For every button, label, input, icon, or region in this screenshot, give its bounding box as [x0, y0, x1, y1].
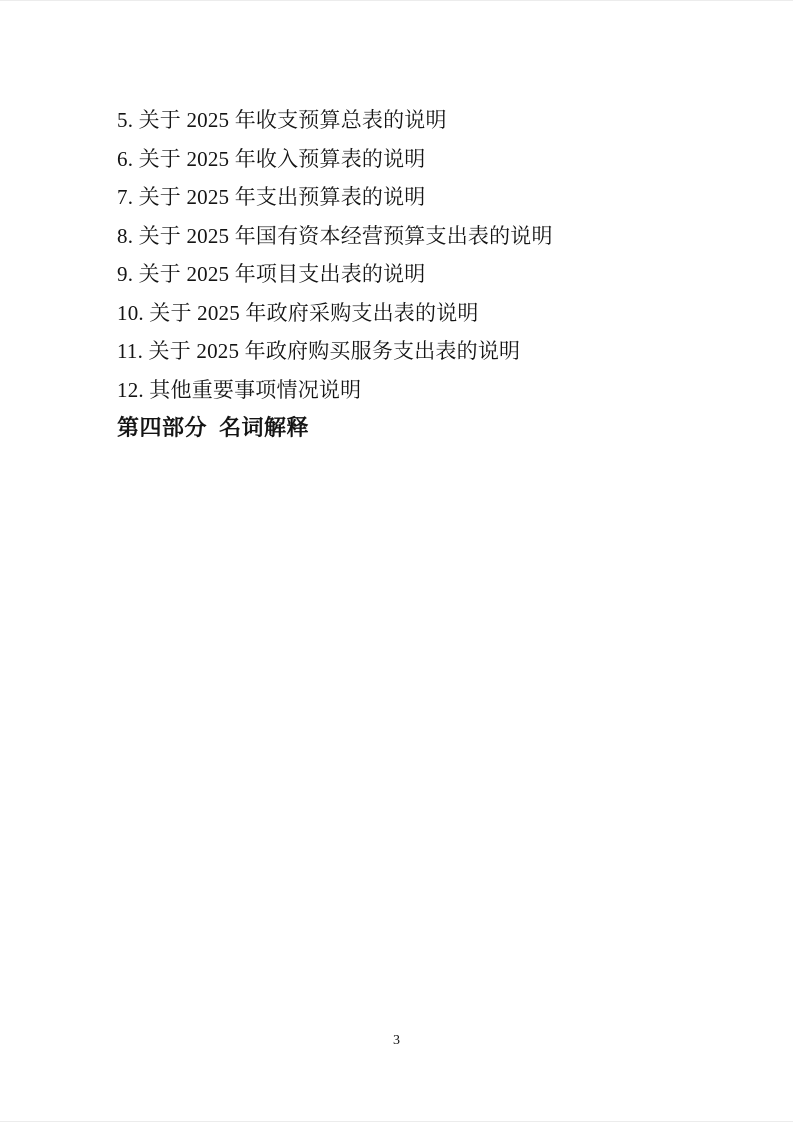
toc-item-10: 10. 关于 2025 年政府采购支出表的说明: [117, 294, 717, 333]
toc-item-11: 11. 关于 2025 年政府购买服务支出表的说明: [117, 332, 717, 371]
toc-item-9: 9. 关于 2025 年项目支出表的说明: [117, 255, 717, 294]
section-heading-part-four: 第四部分 名词解释: [117, 409, 717, 448]
toc-item-6: 6. 关于 2025 年收入预算表的说明: [117, 140, 717, 179]
toc-item-5: 5. 关于 2025 年收支预算总表的说明: [117, 101, 717, 140]
page-number: 3: [0, 1032, 793, 1050]
document-page: 5. 关于 2025 年收支预算总表的说明 6. 关于 2025 年收入预算表的…: [0, 0, 793, 1122]
toc-item-12: 12. 其他重要事项情况说明: [117, 371, 717, 410]
toc-item-8: 8. 关于 2025 年国有资本经营预算支出表的说明: [117, 217, 717, 256]
table-of-contents: 5. 关于 2025 年收支预算总表的说明 6. 关于 2025 年收入预算表的…: [117, 101, 717, 448]
toc-item-7: 7. 关于 2025 年支出预算表的说明: [117, 178, 717, 217]
